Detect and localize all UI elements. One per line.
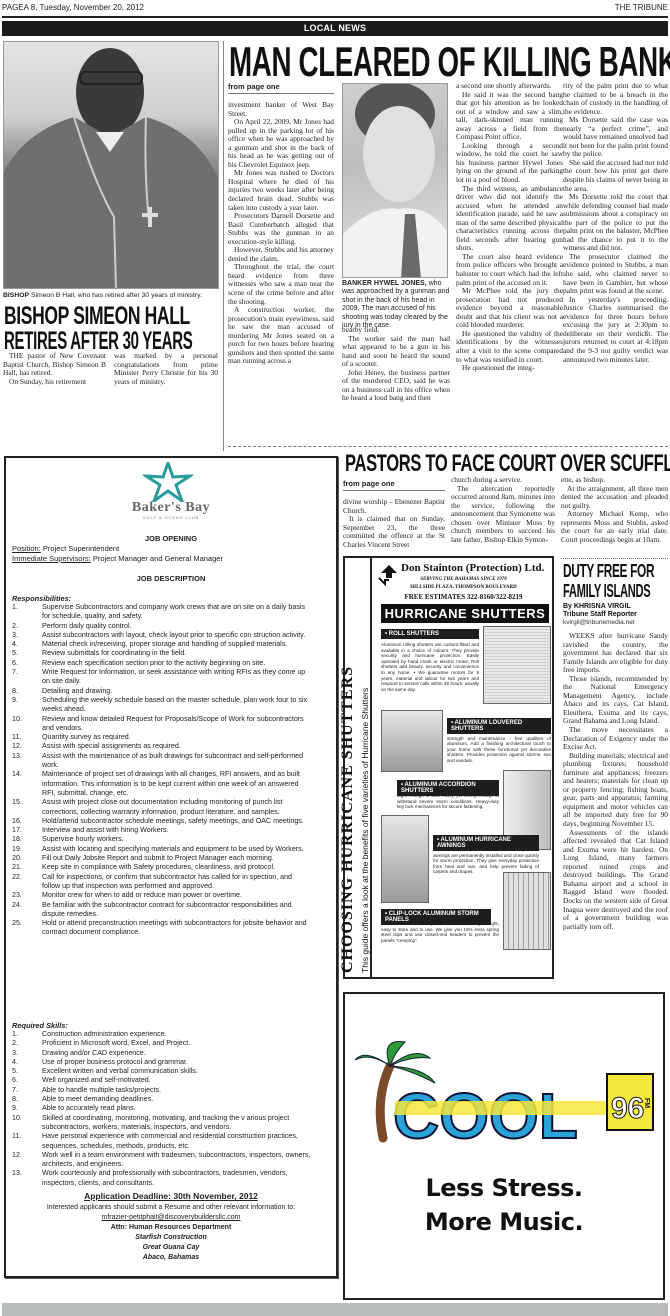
banker-photo-caption: BANKER HYWEL JONES, who was approached b… xyxy=(342,280,450,330)
item-text: Construction administration experience. xyxy=(42,1030,312,1039)
shutters-banner: HURRICANE SHUTTERS xyxy=(381,604,549,623)
paragraph: was marked by a personal congratulations… xyxy=(114,352,218,386)
list-item: 12.Assist with special assignments as re… xyxy=(12,742,312,751)
paragraph: However, Stubbs and his attorney denied … xyxy=(228,246,334,263)
sidebar-title: CHOOSING HURRICANE SHUTTERS xyxy=(339,666,357,973)
roll-shutters-text: Aluminum rolling shutters are custom-fit… xyxy=(381,642,479,692)
caption-lead: BISHOP xyxy=(3,292,29,299)
attn-line: Attn: Human Resources Department xyxy=(6,1223,336,1233)
caption-lead: BANKER HYWEL JONES, xyxy=(342,280,427,287)
awnings-text: Economical and convenient, these easy-to… xyxy=(433,847,539,875)
item-number: 5. xyxy=(12,649,42,658)
item-number: 18. xyxy=(12,835,42,844)
paragraph: Building materials; electrical and plumb… xyxy=(563,752,668,829)
paragraph: A construction worker, the prosecution's… xyxy=(228,306,334,366)
awning-photo xyxy=(381,815,429,903)
duty-headline-line2: FAMILY ISLANDS xyxy=(563,581,650,602)
paragraph: Prosecutors Darnell Dorsette and Basil C… xyxy=(228,212,334,246)
phone-numbers: FREE ESTIMATES 322-8160/322-8219 xyxy=(373,593,554,601)
cool-fm-logo-icon: COOL 96 FM xyxy=(355,1038,655,1148)
item-text: Able to accurately read plans. xyxy=(42,1104,312,1113)
item-number: 3. xyxy=(12,631,42,640)
item-text: Skilled at coordinating, monitoring, mot… xyxy=(42,1114,312,1133)
item-number: 15. xyxy=(12,798,42,817)
item-text: Quantity survey as required. xyxy=(42,733,312,742)
caption-text: Simeon B Hall, who has retired after 30 … xyxy=(29,292,202,299)
paragraph: In yesterday's proceeding, Justice Charl… xyxy=(563,296,668,364)
list-item: 10.Review and know detailed Request for … xyxy=(12,715,312,734)
application-deadline: Application Deadline: 30th November, 201… xyxy=(6,1191,336,1201)
footer-bar xyxy=(2,1303,668,1316)
bishop-portrait-icon xyxy=(4,42,219,289)
list-item: 15.Assist with project close out documen… xyxy=(12,798,312,817)
item-text: Well organized and self-motivated. xyxy=(42,1076,312,1085)
item-number: 25. xyxy=(12,919,42,938)
item-number: 13. xyxy=(12,752,42,771)
item-text: Assist with special assignments as requi… xyxy=(42,742,312,751)
item-text: Able to meet demanding deadlines. xyxy=(42,1095,312,1104)
caption-text: who was approached by a gunman and shot … xyxy=(342,280,449,329)
item-text: Assist with the maintenance of as built … xyxy=(42,752,312,771)
item-number: 3. xyxy=(12,1049,42,1058)
item-text: Hold/attend subcontractor schedule meeti… xyxy=(42,817,312,826)
apply-email-link[interactable]: mfrazier-petitphait@discoverybuildersllc… xyxy=(6,1213,336,1223)
paragraph: On April 22, 2009, Mr Jones had pulled u… xyxy=(228,118,334,169)
item-number: 23. xyxy=(12,891,42,900)
list-item: 18.Supervise hourly workers. xyxy=(12,835,312,844)
bishop-photo-caption: BISHOP Simeon B Hall, who has retired af… xyxy=(3,292,219,300)
item-number: 7. xyxy=(12,1086,42,1095)
list-item: 13.Assist with the maintenance of as bui… xyxy=(12,752,312,771)
item-number: 5. xyxy=(12,1067,42,1076)
list-item: 8.Detailing and drawing. xyxy=(12,687,312,696)
position-line: Position: Project Superintendent xyxy=(12,544,119,553)
section-bar: LOCAL NEWS xyxy=(2,21,668,36)
list-item: 7.Able to handle multiple tasks/projects… xyxy=(12,1086,312,1095)
louvered-shutters-text: The look of colonial wooden shutters, bu… xyxy=(447,730,551,764)
item-text: Work courteously and professionally with… xyxy=(42,1169,312,1188)
item-text: Supervise hourly workers. xyxy=(42,835,312,844)
list-item: 20.Fill out Daily Jobsite Report and sub… xyxy=(12,854,312,863)
list-item: 22.Call for inspections, or confirm that… xyxy=(12,873,312,892)
story-divider xyxy=(228,446,668,447)
folio-paper-name: THE TRIBUNE xyxy=(615,3,668,15)
bishop-col-1: THE pastor of New Covenant Baptist Churc… xyxy=(3,352,106,386)
item-number: 8. xyxy=(12,1095,42,1104)
duty-headline-line1: DUTY FREE FOR xyxy=(563,561,654,582)
pastors-kicker: from page one xyxy=(343,479,445,491)
paragraph: The court also heard evidence from polic… xyxy=(456,253,563,287)
item-number: 11. xyxy=(12,1132,42,1151)
paragraph: The prosecutor claimed the evidence poin… xyxy=(563,253,668,296)
item-text: Call for inspections, or confirm that su… xyxy=(42,873,312,892)
paragraph: It is claimed that on Sunday, September … xyxy=(343,515,445,549)
paragraph: divine worship – Ebenezer Baptist Church… xyxy=(343,498,445,515)
responsibilities-list: 1.Supervise Subcontractors and company w… xyxy=(12,603,312,938)
item-number: 20. xyxy=(12,854,42,863)
bishop-photo xyxy=(3,41,219,289)
bishop-col-2: was marked by a personal congratulations… xyxy=(114,352,218,386)
item-text: Write Request for Information, or seek a… xyxy=(42,668,312,687)
item-number: 2. xyxy=(12,622,42,631)
storm-panel-photo xyxy=(503,872,551,950)
item-text: Monitor crew for when to add or reduce m… xyxy=(42,891,312,900)
item-number: 13. xyxy=(12,1169,42,1188)
slogan-line-2: More Music. xyxy=(345,1208,663,1236)
list-item: 3.Drawing and/or CAD experience. xyxy=(12,1049,312,1058)
apply-instructions: Interested applicants should submit a Re… xyxy=(6,1203,336,1213)
paragraph: Mr Jones was rushed to Doctors Hospital … xyxy=(228,169,334,212)
list-item: 2.Perform daily quality control. xyxy=(12,622,312,631)
item-number: 12. xyxy=(12,742,42,751)
pastors-col-1: divine worship – Ebenezer Baptist Church… xyxy=(343,498,445,549)
supervisors-label: Immediate Supervisors: xyxy=(12,554,91,563)
item-text: Proficient in Microsoft word, Excel, and… xyxy=(42,1039,312,1048)
job-description-title: JOB DESCRIPTION xyxy=(6,574,336,583)
storm-panels-text: The most cost-effective protection avail… xyxy=(381,921,499,943)
supervisors-line: Immediate Supervisors: Project Manager a… xyxy=(12,554,223,563)
item-text: Review and know detailed Request for Pro… xyxy=(42,715,312,734)
louvered-shutter-photo xyxy=(381,710,443,772)
paragraph: WEEKS after hurricane Sandy ravished the… xyxy=(563,632,668,675)
paragraph: He said it was the second bang that got … xyxy=(456,91,563,142)
list-item: 24.Be familiar with the subcontractor co… xyxy=(12,901,312,920)
item-number: 1. xyxy=(12,1030,42,1039)
list-item: 17.Interview and assist with hiring Work… xyxy=(12,826,312,835)
item-number: 8. xyxy=(12,687,42,696)
skills-label: Required Skills: xyxy=(12,1021,68,1030)
item-text: Assist subcontractors with layout, check… xyxy=(42,631,312,640)
item-number: 17. xyxy=(12,826,42,835)
folio-rule xyxy=(2,16,668,18)
paragraph: The third witness, an ambulance driver w… xyxy=(456,185,563,253)
position-value: Project Superintendent xyxy=(41,544,119,553)
paragraph: The move necessitates a Declaration of E… xyxy=(563,726,668,752)
list-item: 4.Material check in/receiving, proper st… xyxy=(12,640,312,649)
paragraph: On Sunday, his retirement xyxy=(3,378,106,387)
paragraph: Attorney Michael Kemp, who represents Mo… xyxy=(561,510,668,544)
banker-kicker: from page one xyxy=(228,82,334,94)
responsibilities-label: Responsibilities: xyxy=(12,594,71,603)
item-text: Fill out Daily Jobsite Report and submit… xyxy=(42,854,312,863)
list-item: 14.Maintenance of project set of drawing… xyxy=(12,770,312,798)
item-text: Assist with locating and specifying mate… xyxy=(42,845,312,854)
item-number: 16. xyxy=(12,817,42,826)
address-line-1: Great Guana Cay xyxy=(6,1243,336,1253)
list-item: 11.Have personal experience with commerc… xyxy=(12,1132,312,1151)
roll-shutter-photo xyxy=(483,626,551,704)
list-item: 5.Excellent written and verbal communica… xyxy=(12,1067,312,1076)
folio-date: PAGEA 8, Tuesday, November 20, 2012 xyxy=(2,3,144,15)
item-number: 9. xyxy=(12,1104,42,1113)
item-text: Scheduling the weekly schedule based on … xyxy=(42,696,312,715)
paragraph: Assessments of the islands affected reve… xyxy=(563,829,668,932)
item-text: Interview and assist with hiring Workers… xyxy=(42,826,312,835)
list-item: 23.Monitor crew for when to add or reduc… xyxy=(12,891,312,900)
position-label: Position: xyxy=(12,544,41,553)
supervisors-value: Project Manager and General Manager xyxy=(91,554,223,563)
item-number: 11. xyxy=(12,733,42,742)
list-item: 10.Skilled at coordinating, monitoring, … xyxy=(12,1114,312,1133)
paragraph: Looking through a second window, he told… xyxy=(456,142,563,185)
banker-portrait-icon xyxy=(343,84,448,278)
item-number: 6. xyxy=(12,1076,42,1085)
paragraph: John Heney, the business partner of the … xyxy=(342,369,450,403)
company-name: Don Stainton (Protection) Ltd. xyxy=(401,562,544,574)
paragraph: THE pastor of New Covenant Baptist Churc… xyxy=(3,352,106,378)
paragraph: She said the accused had not told the co… xyxy=(563,159,668,193)
banker-col-3: a second one shortly afterwards. He said… xyxy=(456,82,563,373)
pastors-col-3: ette, as bishop. At the arraignment, all… xyxy=(561,476,668,544)
item-number: 24. xyxy=(12,901,42,920)
svg-text:96: 96 xyxy=(611,1092,644,1125)
item-text: Review each specification section prior … xyxy=(42,659,312,668)
duty-body: WEEKS after hurricane Sandy ravished the… xyxy=(563,632,668,931)
address-line-2: Abaco, Bahamas xyxy=(6,1253,336,1263)
banker-photo xyxy=(342,83,448,278)
list-item: 9.Scheduling the weekly schedule based o… xyxy=(12,696,312,715)
item-text: Maintenance of project set of drawings w… xyxy=(42,770,312,798)
list-item: 6.Review each specification section prio… xyxy=(12,659,312,668)
byline-role: Tribune Staff Reporter xyxy=(563,611,637,618)
item-number: 21. xyxy=(12,863,42,872)
item-text: Review submittals for coordinating in th… xyxy=(42,649,312,658)
banker-col-1: investment banker of West Bay Street. On… xyxy=(228,101,334,366)
paragraph: Ms Dorsette told the court that while de… xyxy=(563,193,668,253)
sidebar-subtitle: This guide offers a look at the benefits… xyxy=(360,688,370,973)
shutter-ad-sidebar: CHOOSING HURRICANE SHUTTERS This guide o… xyxy=(345,558,372,977)
roll-shutters-title: • ROLL SHUTTERS xyxy=(381,629,479,639)
item-number: 2. xyxy=(12,1039,42,1048)
banker-col-2: nearby field. The worker said the man ha… xyxy=(342,326,450,403)
item-number: 4. xyxy=(12,1058,42,1067)
byline-email[interactable]: kvirgil@tribunemedia.net xyxy=(563,619,635,626)
list-item: 4.Use of proper business protocol and gr… xyxy=(12,1058,312,1067)
list-item: 2.Proficient in Microsoft word, Excel, a… xyxy=(12,1039,312,1048)
list-item: 12.Work well in a team environment with … xyxy=(12,1151,312,1170)
logo-subtitle: GOLF & OCEAN CLUB xyxy=(6,516,336,520)
list-item: 3.Assist subcontractors with layout, che… xyxy=(12,631,312,640)
paragraph: rity of the palm print due to what he cl… xyxy=(563,82,668,116)
item-text: Drawing and/or CAD experience. xyxy=(42,1049,312,1058)
item-text: Perform daily quality control. xyxy=(42,622,312,631)
pastors-col-2: church during a service. The altercation… xyxy=(451,476,555,544)
item-number: 19. xyxy=(12,845,42,854)
banker-headline: MAN CLEARED OF KILLING BANKER xyxy=(229,38,670,86)
paragraph: He questioned the integ- xyxy=(456,364,563,373)
item-text: Keep site in compliance with Safety proc… xyxy=(42,863,312,872)
item-number: 6. xyxy=(12,659,42,668)
tagline: SERVING THE BAHAMAS SINCE 1978 xyxy=(373,577,554,582)
paragraph: Throughout the trial, the court heard ev… xyxy=(228,263,334,306)
paragraph: investment banker of West Bay Street. xyxy=(228,101,334,118)
item-text: Assist with project close out documentat… xyxy=(42,798,312,817)
paragraph: The altercation reportedly occurred arou… xyxy=(451,485,555,545)
item-number: 10. xyxy=(12,1114,42,1133)
logo-name: Baker's Bay xyxy=(6,500,336,516)
item-text: Hold or attend preconstruction meetings … xyxy=(42,919,312,938)
list-item: 6.Well organized and self-motivated. xyxy=(12,1076,312,1085)
company-name: Starfish Construction xyxy=(6,1233,336,1243)
item-number: 1. xyxy=(12,603,42,622)
paragraph: The worker said the man had what appeare… xyxy=(342,335,450,369)
paragraph: He questioned the validity of the identi… xyxy=(456,330,563,364)
skills-list: 1.Construction administration experience… xyxy=(12,1030,312,1188)
story-divider xyxy=(561,558,668,559)
list-item: 11.Quantity survey as required. xyxy=(12,733,312,742)
accordion-shutters-text: Light enough to slide easily, yet strong… xyxy=(397,793,499,810)
starfish-logo-icon xyxy=(143,462,193,502)
byline: By KHRISNA VIRGIL xyxy=(563,603,631,610)
item-number: 7. xyxy=(12,668,42,687)
cool-96-fm-ad: COOL 96 FM Less Stress. More Music. xyxy=(343,992,665,1300)
item-number: 4. xyxy=(12,640,42,649)
job-opening-ad: Baker's Bay GOLF & OCEAN CLUB JOB OPENIN… xyxy=(4,456,338,1278)
job-title: JOB OPENING xyxy=(6,534,336,543)
slogan-line-1: Less Stress. xyxy=(345,1174,663,1202)
hurricane-shutters-ad: CHOOSING HURRICANE SHUTTERS This guide o… xyxy=(343,556,554,979)
list-item: 9.Able to accurately read plans. xyxy=(12,1104,312,1113)
item-number: 10. xyxy=(12,715,42,734)
item-text: Be familiar with the subcontractor contr… xyxy=(42,901,312,920)
item-text: Use of proper business protocol and gram… xyxy=(42,1058,312,1067)
list-item: 7.Write Request for Information, or seek… xyxy=(12,668,312,687)
paragraph: Mr McPhee told the jury the prosecution … xyxy=(456,287,563,330)
item-number: 22. xyxy=(12,873,42,892)
item-text: Have personal experience with commercial… xyxy=(42,1132,312,1151)
address: HILLSIDE PLAZA, THOMPSON BOULEVARD xyxy=(373,585,554,590)
list-item: 25.Hold or attend preconstruction meetin… xyxy=(12,919,312,938)
list-item: 16.Hold/attend subcontractor schedule me… xyxy=(12,817,312,826)
list-item: 5.Review submittals for coordinating in … xyxy=(12,649,312,658)
item-text: Material check in/receiving, proper stor… xyxy=(42,640,312,649)
item-text: Supervise Subcontractors and company wor… xyxy=(42,603,312,622)
item-number: 14. xyxy=(12,770,42,798)
list-item: 19.Assist with locating and specifying m… xyxy=(12,845,312,854)
page-folio: PAGEA 8, Tuesday, November 20, 2012 THE … xyxy=(2,3,668,15)
item-text: Detailing and drawing. xyxy=(42,687,312,696)
list-item: 13.Work courteously and professionally w… xyxy=(12,1169,312,1188)
svg-text:FM: FM xyxy=(643,1098,650,1108)
item-text: Work well in a team environment with tra… xyxy=(42,1151,312,1170)
pastors-headline: PASTORS TO FACE COURT OVER SCUFFLE xyxy=(345,450,670,478)
list-item: 8.Able to meet demanding deadlines. xyxy=(12,1095,312,1104)
item-number: 12. xyxy=(12,1151,42,1170)
paragraph: At the arraignment, all three men denied… xyxy=(561,485,668,511)
banker-col-4: rity of the palm print due to what he cl… xyxy=(563,82,668,364)
paragraph: Those islands, recommended by the Nation… xyxy=(563,675,668,726)
item-number: 9. xyxy=(12,696,42,715)
column-rule xyxy=(223,41,224,451)
list-item: 1.Construction administration experience… xyxy=(12,1030,312,1039)
list-item: 1.Supervise Subcontractors and company w… xyxy=(12,603,312,622)
item-text: Excellent written and verbal communicati… xyxy=(42,1067,312,1076)
list-item: 21.Keep site in compliance with Safety p… xyxy=(12,863,312,872)
item-text: Able to handle multiple tasks/projects. xyxy=(42,1086,312,1095)
paragraph: Ms Dorsette said the case was nearly “a … xyxy=(563,116,668,159)
